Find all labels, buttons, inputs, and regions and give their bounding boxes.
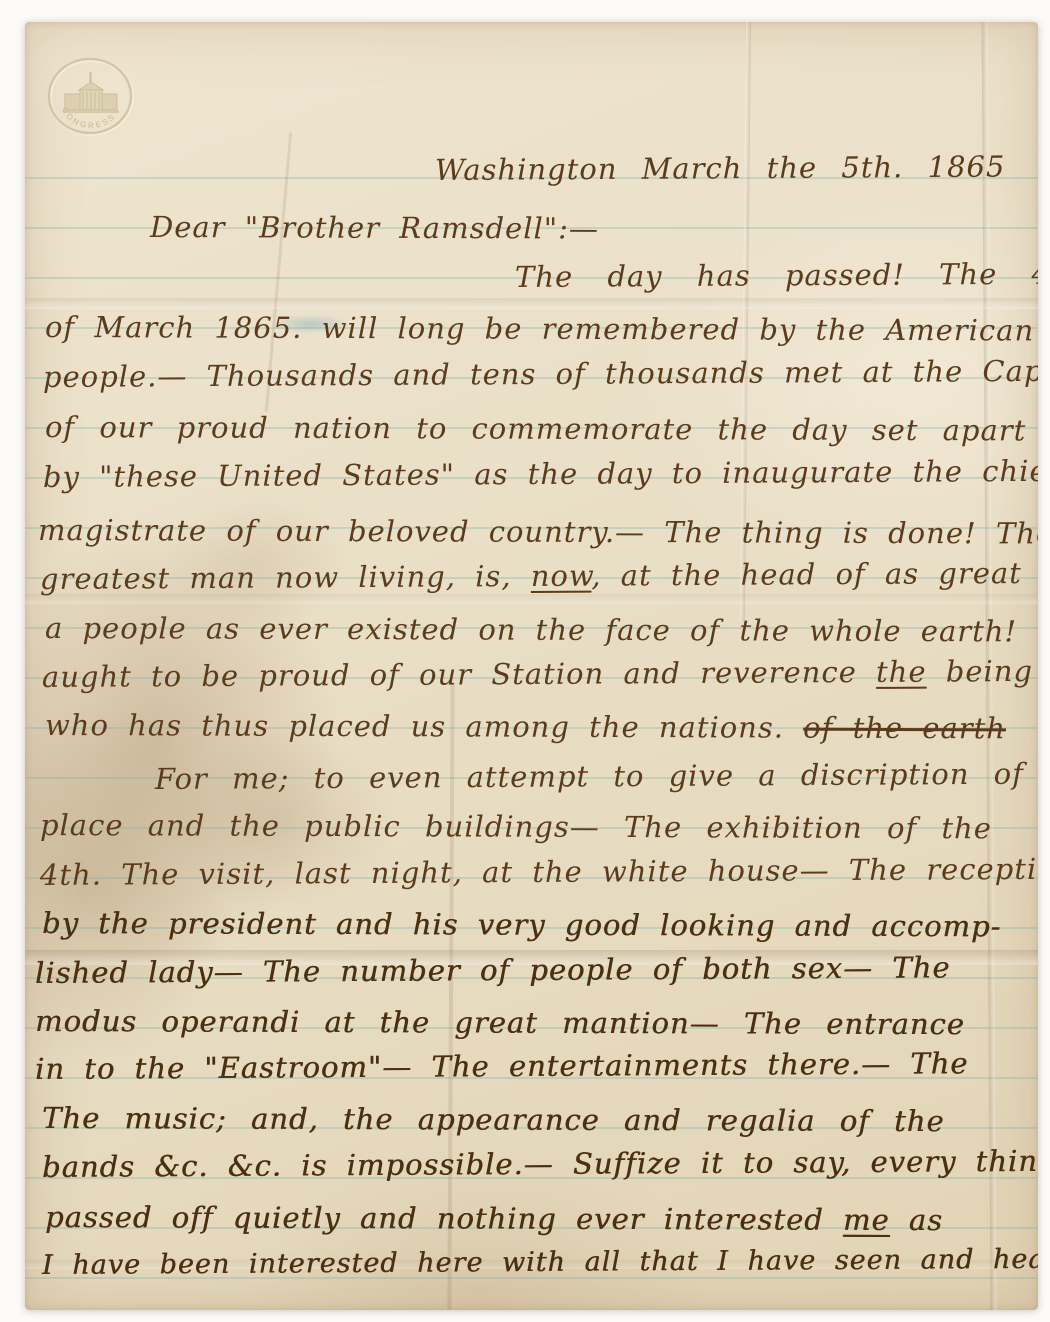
text-segment: being — [926, 654, 1033, 689]
text-segment: by the president and his very good looki… — [42, 906, 1001, 943]
letter-line-16: by the president and his very good looki… — [42, 908, 1001, 943]
letter-line-6: of our proud nation to commemorate the d… — [45, 412, 1026, 447]
letter-line-5: people.— Thousands and tens of thousands… — [43, 356, 1038, 394]
text-segment: passed off quietly and nothing ever inte… — [45, 1200, 843, 1237]
letter-salutation: Dear "Brother Ramsdell":— — [150, 212, 599, 245]
text-segment: of our proud nation to commemorate the d… — [45, 410, 1026, 447]
text-segment: bands &c. &c. is impossible.— Suffize it… — [42, 1144, 1038, 1184]
text-segment: people.— Thousands and tens of thousands… — [43, 354, 1038, 394]
letter-line-19: in to the "Eastroom"— The entertainments… — [35, 1048, 969, 1086]
text-segment: who has thus placed us among the nations… — [45, 708, 803, 745]
letter-line-13: For me; to even attempt to give a discri… — [155, 758, 1038, 796]
text-segment: a people as ever existed on the face of … — [45, 611, 1038, 649]
text-segment: greatest man now living, is, — [40, 559, 531, 596]
underlined-word: me — [843, 1203, 890, 1237]
text-segment: lished lady— The number of people of bot… — [35, 950, 951, 990]
scanned-letter-page: CONGRESS Washington March the 5th. 1865 … — [0, 0, 1050, 1322]
letter-line-7: by "these United States" as the day to i… — [43, 456, 1038, 494]
text-segment: as — [890, 1203, 944, 1237]
letter-line-14: place and the public buildings— The exhi… — [40, 810, 992, 845]
text-segment: of March 1865. will long be remembered b… — [45, 310, 1034, 347]
text-segment: For me; to even attempt to give a discri… — [155, 756, 1038, 796]
text-segment: place and the public buildings— The exhi… — [40, 808, 992, 845]
underlined-word: now — [531, 559, 592, 593]
letter-paper: CONGRESS Washington March the 5th. 1865 … — [25, 22, 1038, 1310]
text-segment: Washington March the 5th. 1865 — [435, 150, 1006, 187]
letter-line-9: greatest man now living, is, now, at the… — [40, 558, 1022, 596]
text-segment: , at the head of as great — [591, 556, 1022, 593]
text-segment: by "these United States" as the day to i… — [43, 454, 1038, 494]
text-segment: The music; and, the appearance and regal… — [42, 1101, 945, 1138]
letter-line-8: magistrate of our beloved country.— The … — [38, 515, 1038, 550]
letter-line-22: passed off quietly and nothing ever inte… — [45, 1202, 943, 1237]
letter-line-21: bands &c. &c. is impossible.— Suffize it… — [42, 1146, 1038, 1184]
text-segment: magistrate of our beloved country.— The … — [38, 513, 1038, 551]
letter-dateline: Washington March the 5th. 1865 — [435, 152, 1006, 187]
letter-line-11: aught to be proud of our Station and rev… — [42, 656, 1033, 694]
letter-line-18: modus operandi at the great mantion— The… — [35, 1006, 965, 1041]
letter-line-3: The day has passed! The 4th. — [515, 258, 1038, 293]
text-segment: 4th. The visit, last night, at the white… — [40, 852, 1038, 892]
handwriting-layer: Washington March the 5th. 1865 Dear "Bro… — [25, 22, 1038, 1310]
underlined-word: the — [876, 655, 927, 689]
letter-line-23: I have been interested here with all tha… — [42, 1245, 1038, 1281]
letter-line-20: The music; and, the appearance and regal… — [42, 1103, 945, 1138]
letter-line-17: lished lady— The number of people of bot… — [35, 952, 951, 989]
text-segment: modus operandi at the great mantion— The… — [35, 1004, 965, 1041]
letter-line-12: who has thus placed us among the nations… — [45, 710, 1006, 745]
text-segment: Dear "Brother Ramsdell":— — [150, 210, 599, 246]
letter-line-15: 4th. The visit, last night, at the white… — [40, 854, 1038, 892]
letter-line-10: a people as ever existed on the face of … — [45, 613, 1038, 649]
text-segment: I have been interested here with all tha… — [42, 1244, 1038, 1281]
text-segment: in to the "Eastroom"— The entertainments… — [35, 1046, 969, 1086]
text-segment: The day has passed! The 4th. — [515, 256, 1038, 294]
letter-line-4: of March 1865. will long be remembered b… — [45, 312, 1034, 347]
text-segment: aught to be proud of our Station and rev… — [42, 655, 876, 694]
struck-out-words: of the earth — [803, 711, 1006, 746]
